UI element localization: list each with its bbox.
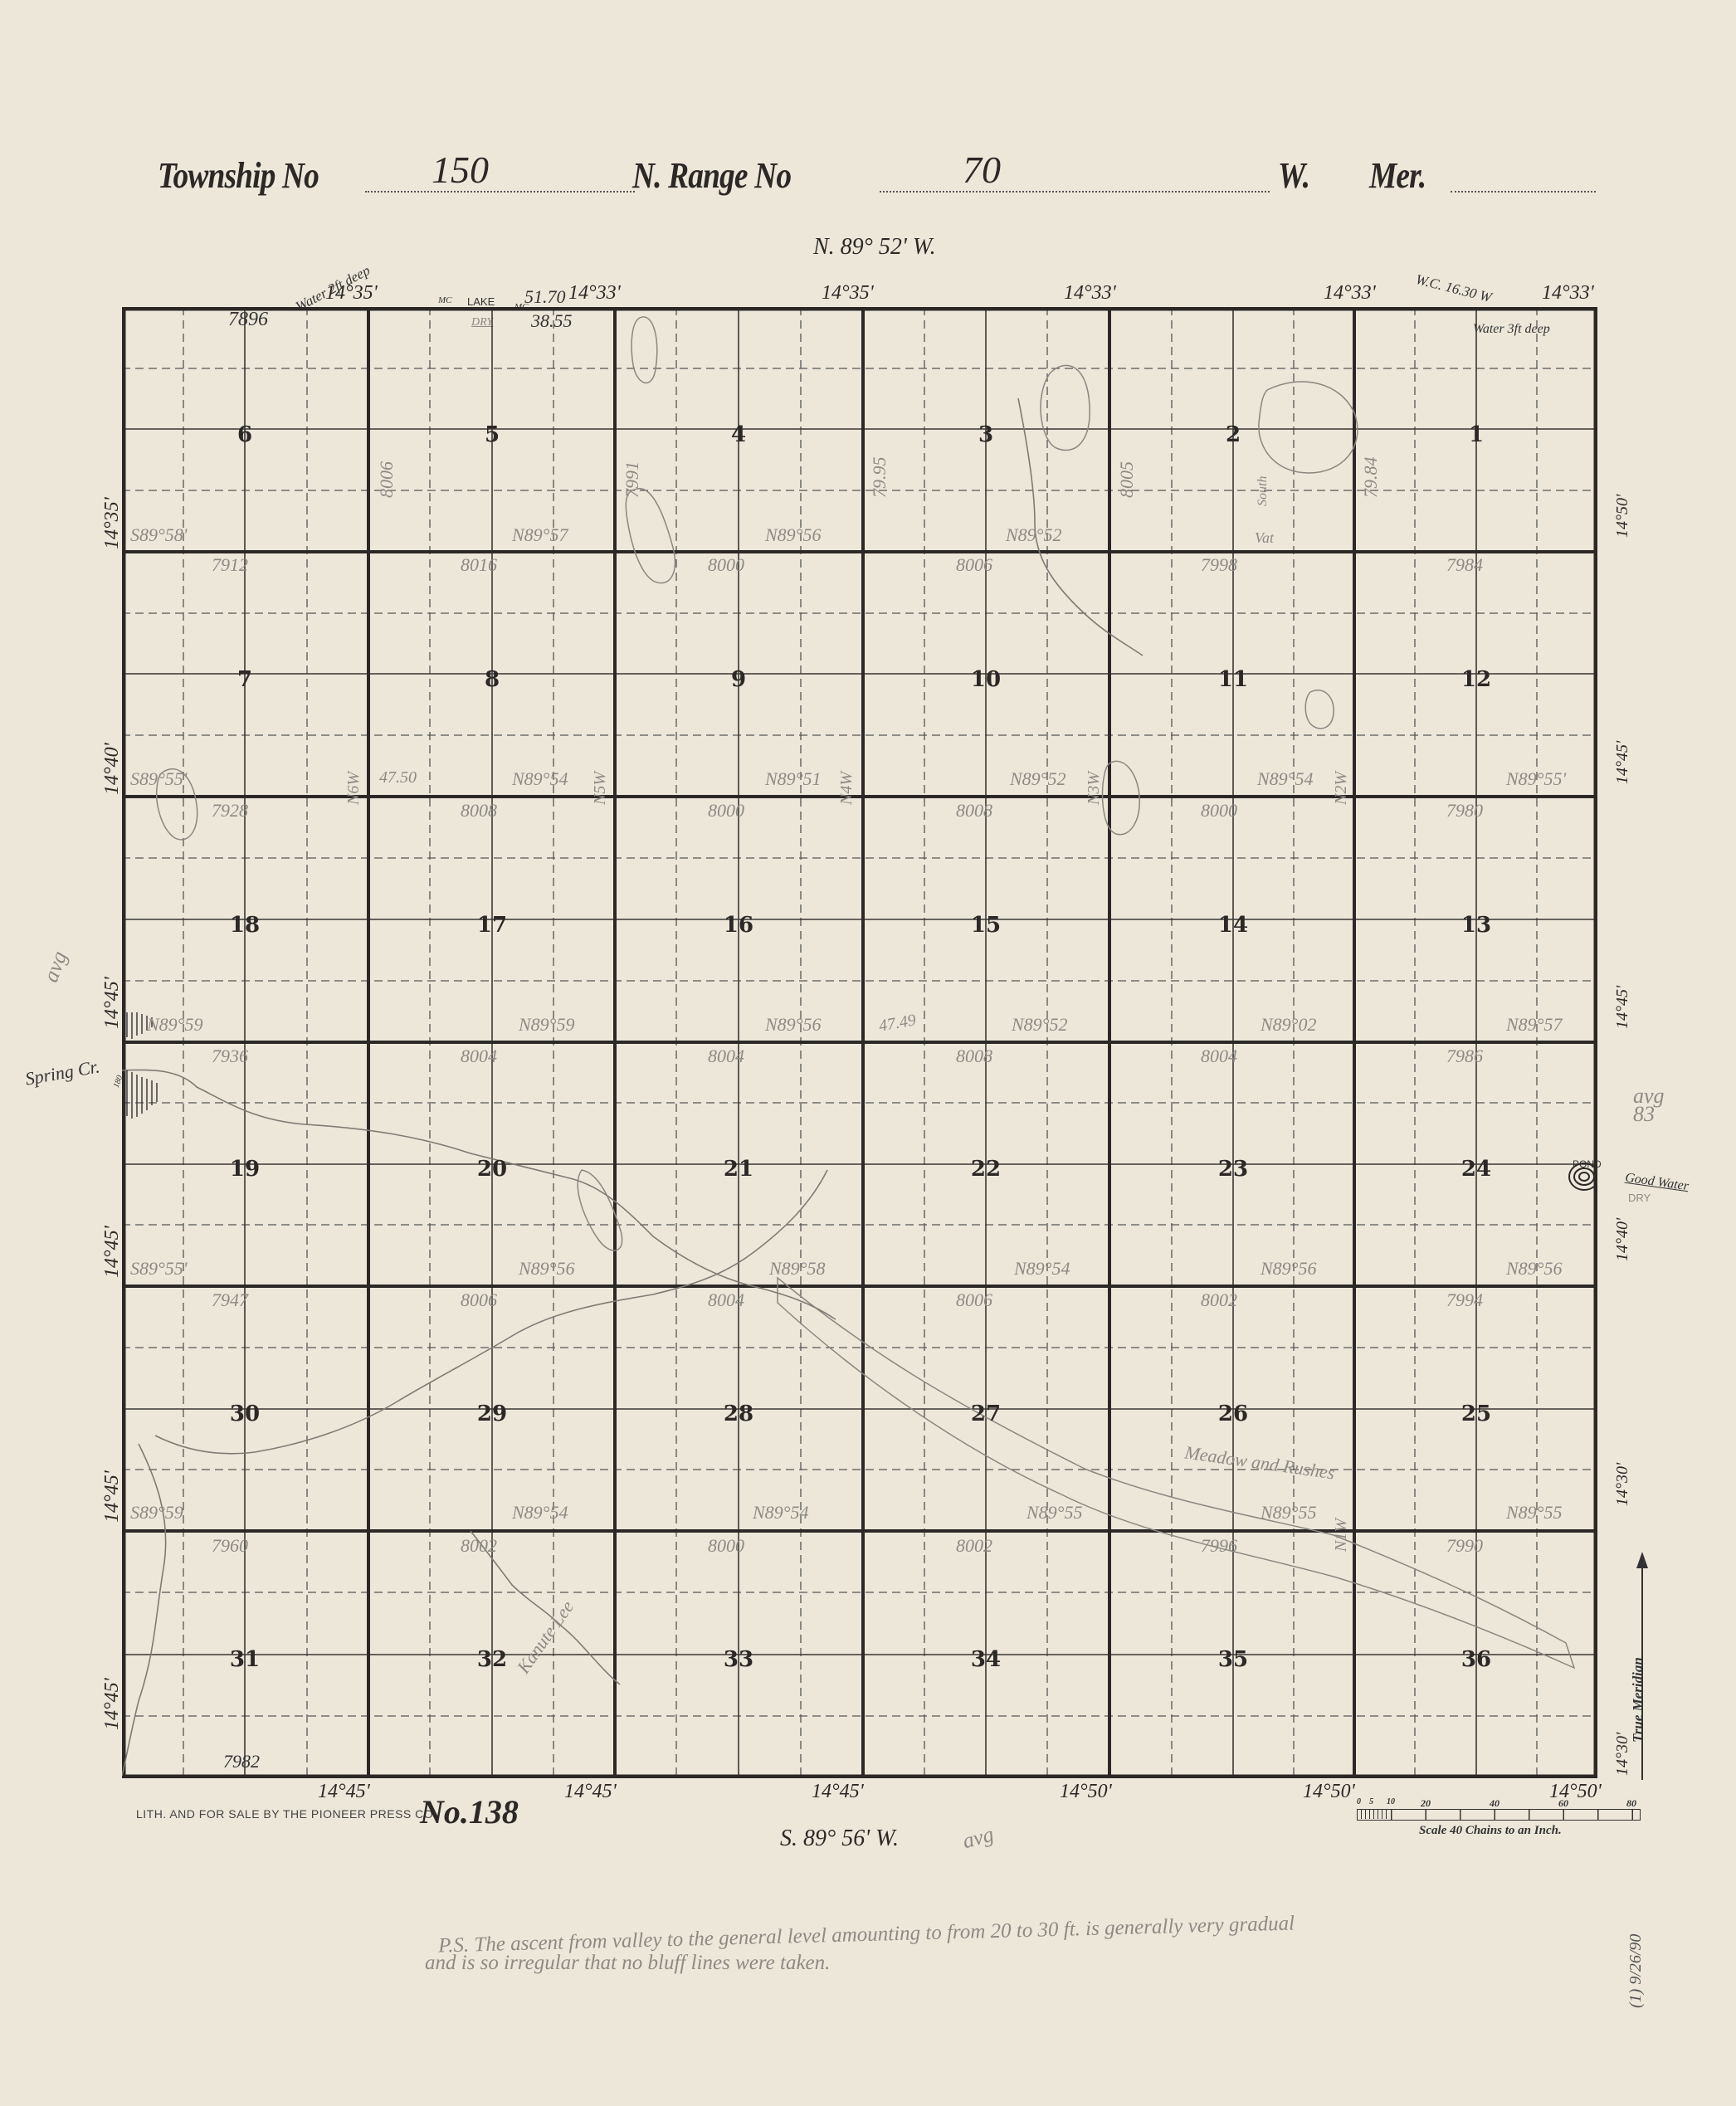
bottom-declination: 14°45' [564,1781,617,1803]
line-bearing: N89°55 [1506,1502,1562,1523]
section-number-25: 25 [1451,1402,1501,1426]
scale-tick: 20 [1421,1797,1431,1810]
line-bearing: N89°57 [512,524,568,546]
chain-distance: 7984 [1446,554,1483,576]
scale-tick: 80 [1626,1797,1636,1810]
pencil-note-line-2: and is so irregular that no bluff lines … [425,1952,830,1975]
left-declination: 14°45' [101,977,124,1029]
line-bearing: N89°59 [147,1014,202,1036]
top-declination: 14°33' [568,282,621,305]
good-water-note: Good Water [1624,1171,1690,1195]
chain-distance: 8002 [461,1535,497,1557]
section-number-26: 26 [1208,1402,1258,1426]
chain-distance: 8004 [461,1046,497,1067]
meridian-line-note: N6W [344,772,363,805]
bottom-declination: 14°45' [812,1781,864,1803]
line-bearing: S89°58' [130,524,188,546]
section-number-3: 3 [961,422,1011,447]
line-bearing: N89°54 [512,768,568,790]
chain-distance: 8008 [956,800,992,821]
township-dotted-line [365,191,635,193]
section-number-21: 21 [714,1157,763,1182]
line-bearing: N89°54 [753,1502,808,1523]
meridian-line-note: N3W [1085,772,1104,805]
line-bearing: N89°55 [1261,1502,1316,1523]
section-number-31: 31 [220,1647,270,1672]
bottom-declination: 14°50' [1549,1781,1602,1803]
line-bearing: S89°55' [130,1258,188,1280]
chain-distance: 8016 [461,554,497,576]
section-grid-lines [122,307,1597,1778]
line-bearing: N89°57 [1506,1014,1562,1036]
lake-label: LAKE [467,295,495,308]
section-number-11: 11 [1208,667,1258,692]
marsh-sec11-b [1305,690,1334,729]
meridian-line-note: N1W [1332,1519,1351,1552]
column-distance: 8005 [1116,461,1138,498]
column-distance: 79.95 [869,457,890,499]
mc-left-label: MC [438,295,452,305]
scale-tick: 60 [1558,1797,1568,1810]
lake-distance-top: 51.70 [524,286,566,308]
line-bearing: N89°52 [1012,1014,1067,1036]
section-number-32: 32 [467,1647,517,1672]
north-arrow-icon [1636,1552,1648,1568]
marsh-sec4 [631,317,657,383]
bottom-declination: 14°50' [1060,1781,1112,1803]
section-number-1: 1 [1451,422,1501,447]
scale-tick: 10 [1387,1797,1395,1806]
chain-distance: 7996 [1201,1535,1237,1557]
section-number-35: 35 [1208,1647,1258,1672]
true-meridian-line [1641,1560,1643,1780]
avg-left-note: avg [38,948,72,986]
range-value: 70 [963,148,1001,192]
chain-distance: 7947 [212,1289,248,1311]
section-number-19: 19 [220,1157,270,1182]
chain-distance: 8006 [461,1289,497,1311]
chain-distance: 7998 [1201,554,1237,576]
chain-distance: 8004 [708,1289,744,1311]
range-label: N. Range No [632,154,791,197]
line-bearing: S89°55' [130,768,188,790]
section-number-36: 36 [1451,1647,1501,1672]
section-number-5: 5 [467,422,517,447]
column-distance: 79.84 [1360,457,1382,499]
chain-distance: 7960 [212,1535,248,1557]
south-boundary-bearing: S. 89° 56' W. [780,1826,899,1852]
chain-distance: 8008 [461,800,497,821]
section-number-24: 24 [1451,1157,1501,1182]
south-note: South [1256,476,1270,506]
line-bearing: N89°52 [1006,524,1061,546]
marsh-sec3 [1041,365,1090,450]
line-bearing: N89°56 [1261,1258,1316,1280]
meridian-line-note: N4W [837,772,856,805]
left-declination: 14°45' [101,1678,124,1730]
township-value: 150 [432,148,489,192]
meridian-label: Mer. [1369,154,1426,197]
line-bearing: N89°56 [765,524,821,546]
chain-distance: 7994 [1446,1289,1483,1311]
line-bearing: N89°55' [1506,768,1566,790]
west-creek-path [122,1444,166,1776]
scale-tick: 0 [1357,1797,1361,1806]
right-declination: 14°50' [1613,495,1632,538]
line-bearing: N89°56 [765,1014,821,1036]
line-bearing: Vat [1255,529,1274,547]
left-declination: 14°45' [101,1470,124,1523]
section-number-6: 6 [220,422,270,447]
right-declination: 14°45' [1613,741,1632,784]
chain-distance: 8006 [956,554,992,576]
chain-distance: 7986 [1446,1046,1483,1067]
avg-bottom-note: avg [960,1822,997,1855]
township-plat-grid: 6 5 4 3 2 1 7 8 9 10 11 12 18 17 16 15 1… [122,307,1597,1778]
chain-distance: 8004 [1201,1046,1237,1067]
lake-sec2 [1259,382,1358,473]
range-dotted-line [880,191,1270,193]
section-number-23: 23 [1208,1157,1258,1182]
section-number-15: 15 [961,913,1011,938]
bottom-declination: 14°45' [318,1781,370,1803]
left-declination: 14°40' [101,743,124,795]
section-number-20: 20 [467,1157,517,1182]
right-declination: 14°40' [1613,1218,1632,1261]
section-number-29: 29 [467,1402,517,1426]
meadow-slough [778,1278,1574,1668]
north-boundary-bearing: N. 89° 52' W. [813,234,936,261]
chain-distance: 7896 [228,309,268,331]
scale-tick: 5 [1369,1797,1373,1806]
left-declination: 14°35' [101,497,124,549]
section-number-14: 14 [1208,913,1258,938]
line-bearing: N89°52 [1010,768,1065,790]
chain-distance: 7912 [212,554,248,576]
line-bearing: N89°51 [765,768,821,790]
spring-creek-label: Spring Cr. [23,1055,101,1090]
top-declination: 14°33' [1064,282,1116,305]
margin-date-note: (1) 9/26/90 [1626,1934,1646,2008]
line-bearing: N89°54 [512,1502,568,1523]
section-number-17: 17 [467,913,517,938]
chain-distance: 8008 [956,1046,992,1067]
chain-distance: 7928 [212,800,248,821]
chain-distance: 7980 [1446,800,1483,821]
top-declination: 14°33' [1542,282,1594,305]
marsh-sec4-south [626,489,675,583]
printer-credit: LITH. AND FOR SALE BY THE PIONEER PRESS … [136,1807,437,1821]
section-number-18: 18 [220,913,270,938]
line-bearing: N89°54 [1257,768,1313,790]
pond-icon [1569,1163,1597,1190]
section-number-27: 27 [961,1402,1011,1426]
scale-bar-subdivisions [1357,1809,1390,1819]
section-number-4: 4 [714,422,763,447]
line-bearing: N89°56 [519,1258,574,1280]
chain-distance: 8004 [708,1046,744,1067]
line-bearing: N89°58 [769,1258,825,1280]
true-meridian-label: True Meridian [1630,1657,1646,1743]
chain-distance: 7936 [212,1046,248,1067]
section-number-7: 7 [220,667,270,692]
township-label: Township No [158,154,319,197]
plate-number: No.138 [420,1792,519,1831]
west-label: W. [1278,154,1309,197]
scale-label: Scale 40 Chains to an Inch. [1419,1824,1562,1838]
pond-dry-note: DRY [1628,1192,1651,1204]
chain-distance: 8000 [708,800,744,821]
line-bearing: N89°56 [1506,1258,1562,1280]
chain-distance: 8002 [956,1535,992,1557]
section-number-8: 8 [467,667,517,692]
line-bearing: N89°54 [1014,1258,1070,1280]
chain-distance: 8002 [1201,1289,1237,1311]
top-declination: 14°33' [1324,282,1376,305]
column-distance: 7991 [622,461,643,498]
chain-distance: 7982 [223,1751,260,1772]
chain-distance: 7990 [1446,1535,1483,1557]
line-bearing: S89°59 [130,1502,183,1523]
section-number-22: 22 [961,1157,1011,1182]
section-number-10: 10 [961,667,1011,692]
section-number-16: 16 [714,913,763,938]
line-bearing: N89°55 [1026,1502,1082,1523]
scale-bar [1357,1809,1641,1821]
column-distance: 8006 [376,461,397,498]
spring-creek-path [122,1070,836,1319]
bottom-declination: 14°50' [1303,1781,1355,1803]
meridian-dotted-line [1451,191,1596,193]
scale-tick: 40 [1490,1797,1499,1810]
chain-distance: 8000 [708,1535,744,1557]
section-number-33: 33 [714,1647,763,1672]
distance-note: 47.50 [379,768,417,787]
section-number-28: 28 [714,1402,763,1426]
meridian-line-note: N5W [591,772,610,805]
right-declination: 14°30' [1613,1463,1632,1506]
meridian-line-note: N2W [1332,772,1351,805]
right-declination: 14°45' [1613,986,1632,1029]
witness-corner-note: W.C. 16.30 W [1414,271,1493,306]
line-bearing: N89°02 [1261,1014,1316,1036]
chain-distance: 8006 [956,1289,992,1311]
section-number-13: 13 [1451,913,1501,938]
section-number-12: 12 [1451,667,1501,692]
line-bearing: N89°59 [519,1014,574,1036]
top-declination: 14°35' [822,282,874,305]
avg-right-note: avg 83 [1633,1087,1683,1124]
section-number-34: 34 [961,1647,1011,1672]
left-declination: 14°45' [101,1226,124,1278]
section-number-2: 2 [1208,422,1258,447]
chain-distance: 8000 [708,554,744,576]
section-number-30: 30 [220,1402,270,1426]
section-number-9: 9 [714,667,763,692]
chain-distance: 8000 [1201,800,1237,821]
